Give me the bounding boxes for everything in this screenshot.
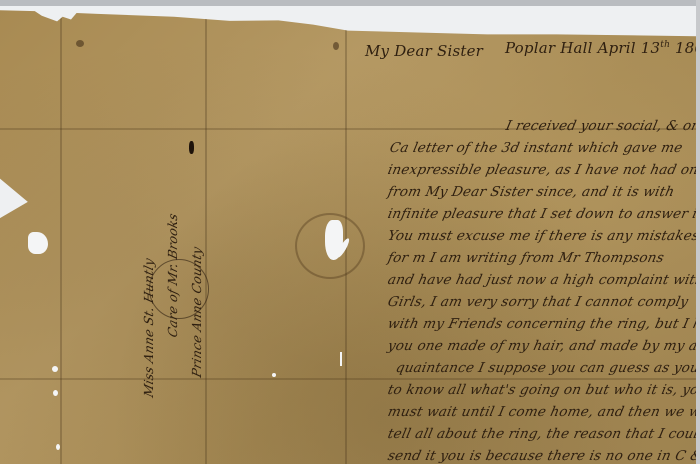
ink-blot bbox=[189, 141, 194, 154]
letter-line: You must excuse me if there is any mista… bbox=[386, 228, 700, 244]
letter-line: Ca letter of the 3d instant which gave m… bbox=[388, 140, 684, 156]
letter-line: quaintance I suppose you can guess as yo… bbox=[394, 360, 700, 376]
letter-body: I received your social, & one Ca letter … bbox=[388, 118, 698, 464]
pinhole bbox=[53, 390, 58, 396]
salutation: My Dear Sister bbox=[365, 42, 483, 60]
letter-line: send it you is because there is no one i… bbox=[386, 448, 700, 464]
place-date-text: Poplar Hall April 13 bbox=[505, 39, 660, 57]
address-block: Miss Anne St. Huntly Care of Mr. Brooks … bbox=[135, 167, 215, 407]
ink-stain bbox=[333, 42, 339, 50]
address-county: Prince Anne County bbox=[189, 245, 204, 379]
address-recipient: Miss Anne St. Huntly bbox=[141, 256, 156, 398]
fold-crack bbox=[340, 352, 342, 366]
pinhole bbox=[52, 366, 58, 372]
paper-hole bbox=[28, 232, 48, 254]
letter-line: you one made of my hair, and made by my … bbox=[386, 338, 700, 354]
pinhole bbox=[272, 373, 276, 377]
letter-line: tell all about the ring, the reason that… bbox=[386, 426, 700, 442]
letter-line: infinite pleasure that I set down to ans… bbox=[386, 206, 700, 222]
letter-line: and have had just now a high complaint w… bbox=[386, 272, 700, 288]
pinhole bbox=[56, 444, 60, 450]
place-date: Poplar Hall April 13th 1801 bbox=[505, 39, 700, 57]
letter-line: must wait until I come home, and then we… bbox=[386, 404, 700, 420]
ink-stain bbox=[76, 40, 84, 47]
letter-line: to know all what's going on but who it i… bbox=[386, 382, 700, 398]
scanner-edge-top bbox=[0, 0, 700, 6]
fold-line-vertical-1 bbox=[60, 0, 62, 464]
letter-line: inexpressible pleasure, as I have not ha… bbox=[386, 162, 700, 178]
letter-line: with my Friends concerning the ring, but… bbox=[386, 316, 700, 332]
letter-line: from My Dear Sister since, and it is wit… bbox=[386, 184, 676, 200]
address-care-of: Care of Mr. Brooks bbox=[165, 211, 180, 338]
letter-line: I received your social, & one bbox=[504, 118, 700, 134]
letter-paper: Miss Anne St. Huntly Care of Mr. Brooks … bbox=[0, 0, 696, 464]
letter-line: Girls, I am very sorry that I cannot com… bbox=[386, 294, 689, 310]
scanner-edge-right bbox=[696, 0, 700, 464]
date-suffix: th bbox=[660, 40, 670, 50]
scan-stage: Miss Anne St. Huntly Care of Mr. Brooks … bbox=[0, 0, 700, 464]
letter-line: for m I am writing from Mr Thompsons bbox=[386, 250, 665, 266]
